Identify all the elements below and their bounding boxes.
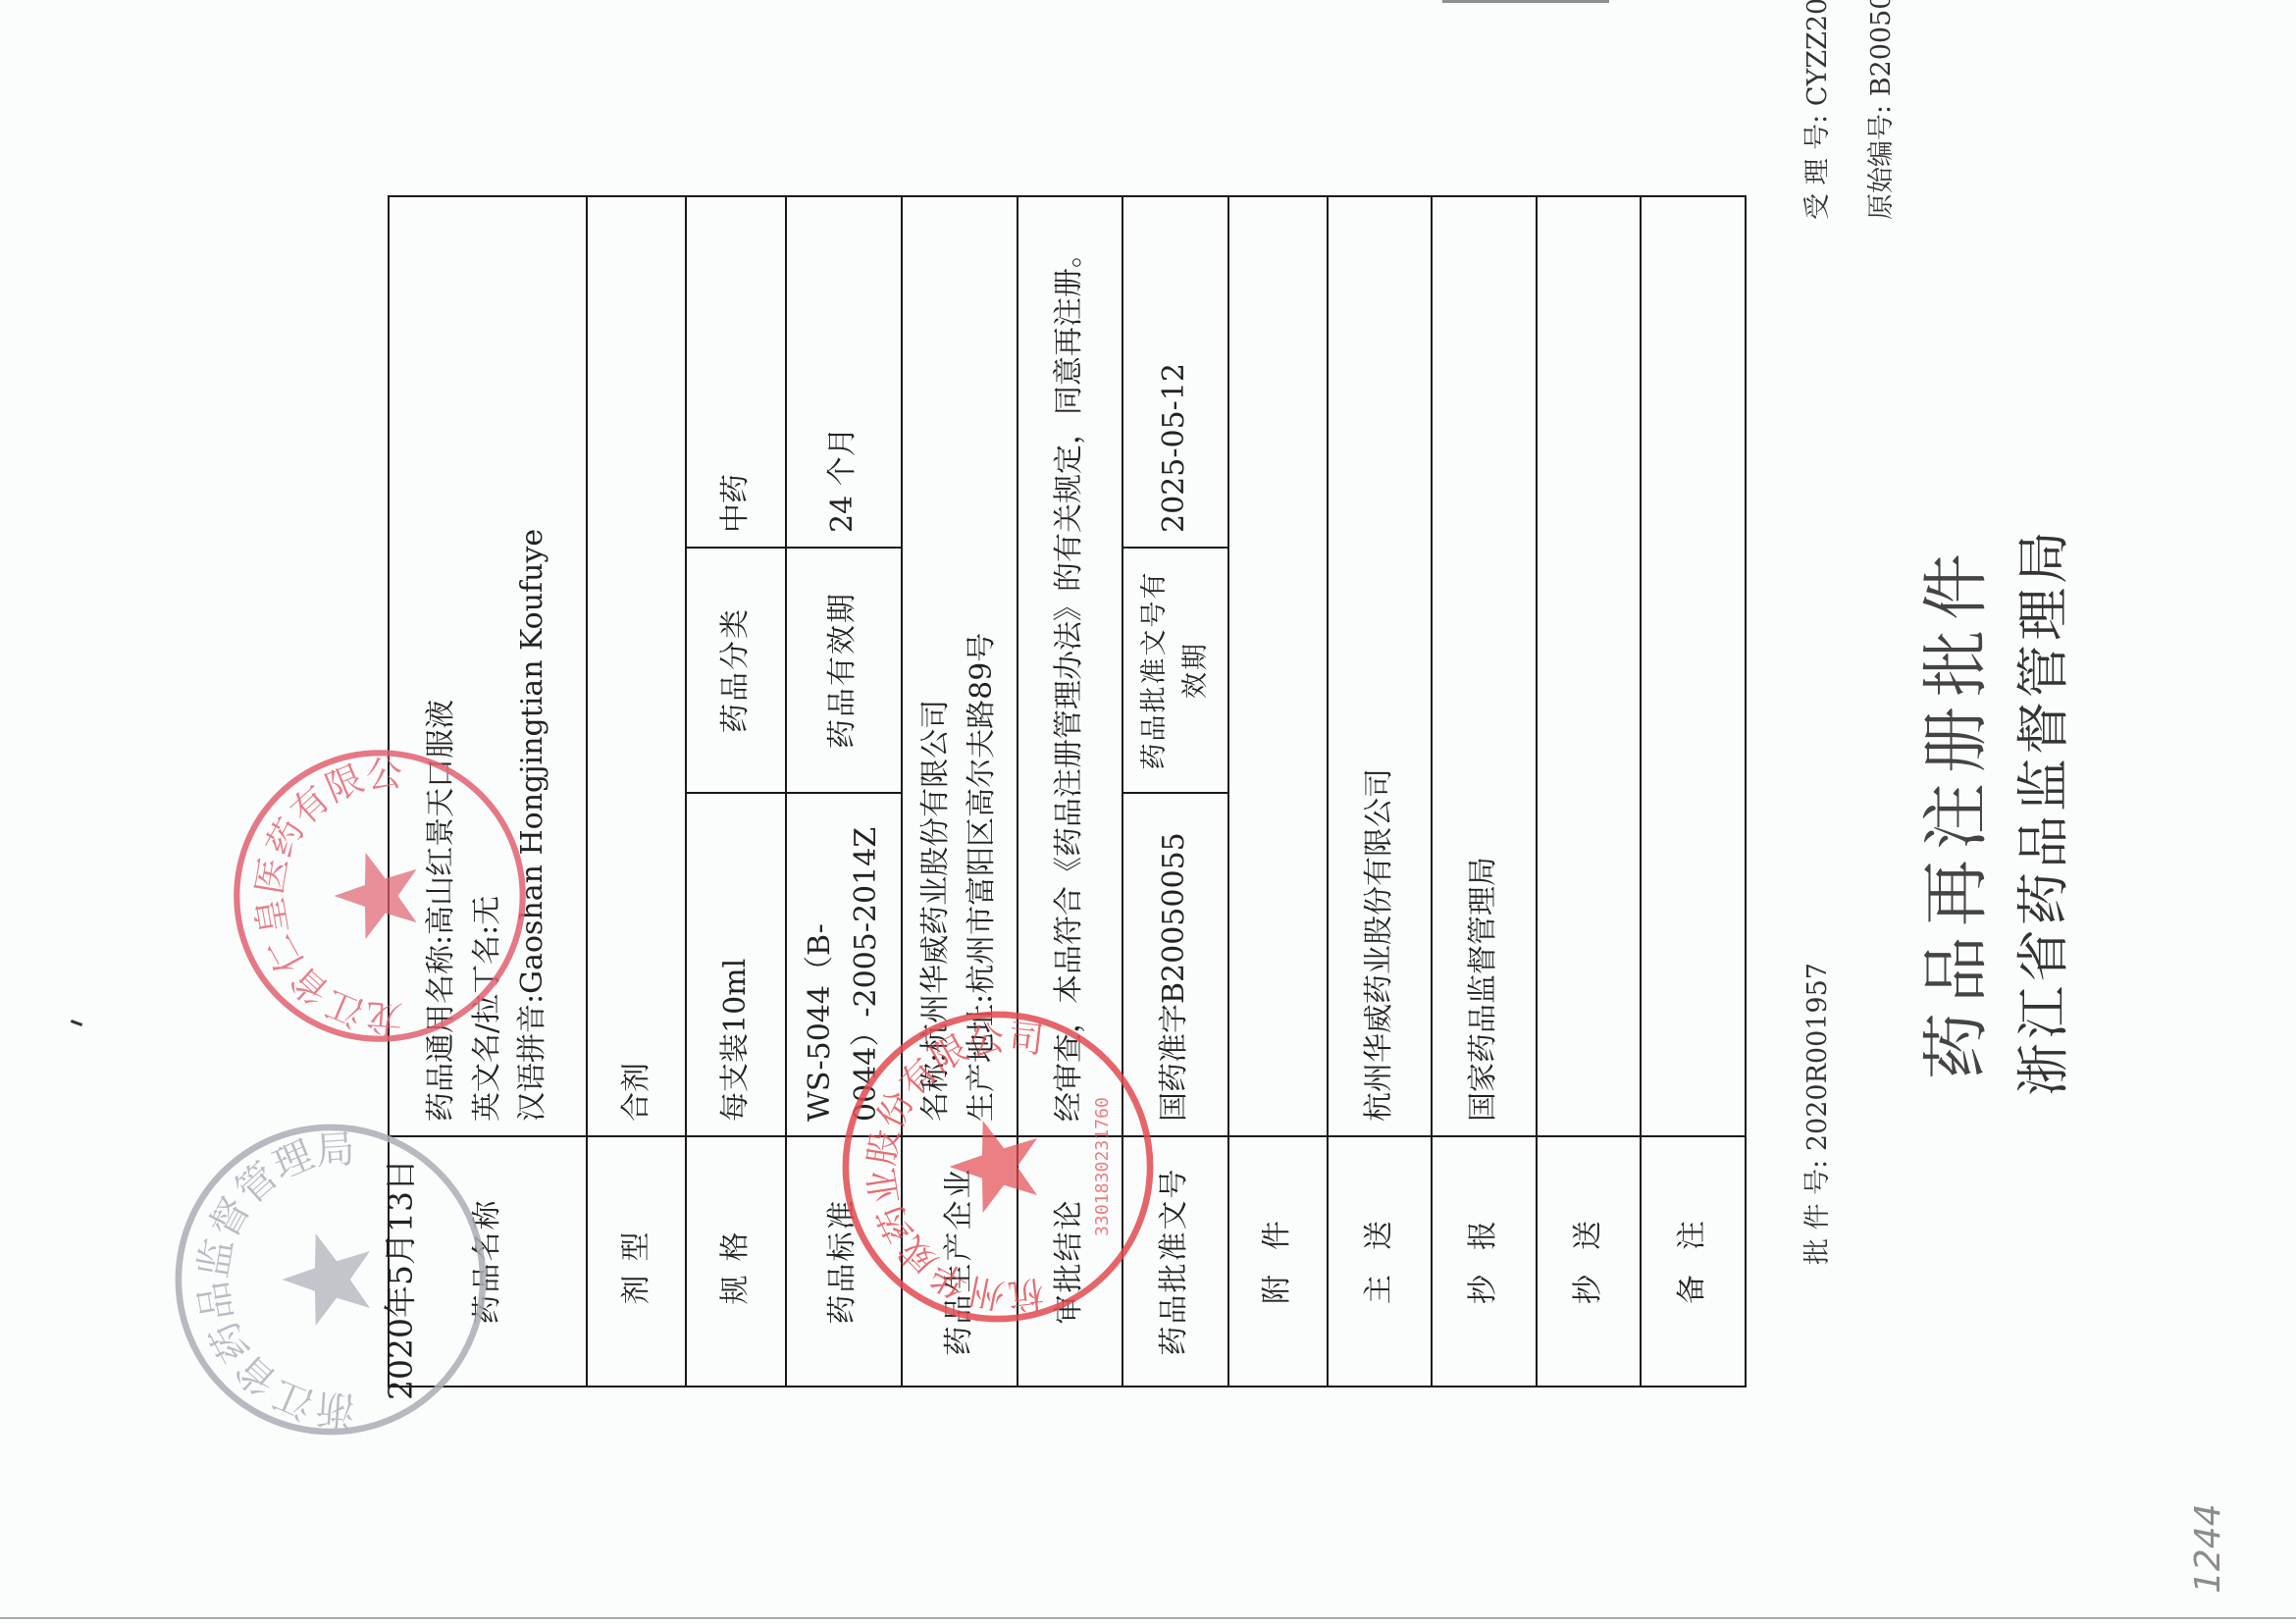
original-number-label: 原始编号:	[1866, 105, 1897, 220]
approval-number-label: 批 件 号:	[1802, 1160, 1833, 1265]
copy-to-value	[1537, 196, 1641, 1136]
table-row: 抄 报 国家药品监督管理局	[1432, 196, 1536, 1387]
drug-category-label: 药品分类	[686, 548, 785, 793]
remarks-label: 备 注	[1641, 1136, 1746, 1387]
attachment-value	[1228, 196, 1328, 1136]
document-title: 药品再注册批件	[1904, 0, 1999, 1623]
copy-to-label: 抄 送	[1537, 1136, 1641, 1387]
approval-number-value: 2020R001957	[1802, 963, 1833, 1151]
manufacturer-cell: 名称:杭州华威药业股份有限公司 生产地址:杭州市富阳区高尔夫路89号	[902, 196, 1018, 1136]
table-row: 主 送 杭州华威药业股份有限公司	[1328, 196, 1432, 1387]
conclusion-value: 经审查，本品符合《药品注册管理办法》的有关规定，同意再注册。	[1018, 196, 1122, 1136]
agency-title: 浙江省药品监督管理局	[2002, 0, 2077, 1623]
acceptance-number-value: CYZZ2012119浙	[1802, 0, 1833, 106]
scan-speck	[71, 1020, 82, 1026]
original-number-value: B20050055	[1866, 0, 1897, 96]
svg-text:3301830231760: 3301830231760	[1092, 1097, 1113, 1236]
approval-validity-value: 2025-05-12	[1122, 196, 1228, 548]
document-page: 浙江省药品监督管理局 药品再注册批件 原始编号: B20050055 受 理 号…	[0, 0, 2296, 1623]
manufacturer-name-value: 杭州华威药业股份有限公司	[918, 700, 953, 1053]
table-row: 规格 每支装10ml 药品分类 中药	[686, 196, 785, 1387]
hospital-seal-stamp: 黑龙江省仁皇医药有限公司	[228, 744, 532, 1048]
approval-document-number: 批 件 号: 2020R001957	[1796, 963, 1834, 1265]
main-recipient-label: 主 送	[1328, 1136, 1432, 1387]
manufacturer-address-value: 杭州市富阳区高尔夫路89号	[965, 633, 999, 994]
main-recipient-value: 杭州华威药业股份有限公司	[1328, 196, 1432, 1136]
dosage-form-label: 剂型	[587, 1136, 686, 1387]
spec-value: 每支装10ml	[686, 793, 785, 1136]
acceptance-number: 受 理 号: CYZZ2012119浙	[1796, 0, 1834, 220]
table-row: 抄 送	[1537, 196, 1641, 1387]
handwritten-note: 1244	[2188, 1503, 2228, 1594]
shelf-life-value: 24 个月	[786, 196, 902, 548]
dosage-form-value: 合剂	[587, 196, 686, 1136]
agency-seal-stamp: 浙江省药品监督管理局2020年5月13日	[169, 1118, 493, 1441]
report-to-label: 抄 报	[1432, 1136, 1536, 1387]
shelf-life-label: 药品有效期	[786, 548, 902, 793]
svg-text:2020年5月13日: 2020年5月13日	[382, 1159, 420, 1400]
drug-category-value: 中药	[686, 196, 785, 548]
spec-label: 规格	[686, 1136, 785, 1387]
approval-validity-label: 药品批准文号有效期	[1122, 548, 1228, 793]
remarks-value	[1641, 196, 1746, 1136]
table-row: 剂型 合剂	[587, 196, 686, 1387]
table-row: 备 注	[1641, 196, 1746, 1387]
report-to-value: 国家药品监督管理局	[1432, 196, 1536, 1136]
acceptance-number-label: 受 理 号:	[1802, 115, 1833, 220]
table-row: 附 件	[1228, 196, 1328, 1387]
original-number: 原始编号: B20050055	[1859, 0, 1898, 220]
company-seal-stamp: 杭州华威药业股份有限公司3301830231760	[836, 1005, 1160, 1329]
attachment-label: 附 件	[1228, 1136, 1328, 1387]
